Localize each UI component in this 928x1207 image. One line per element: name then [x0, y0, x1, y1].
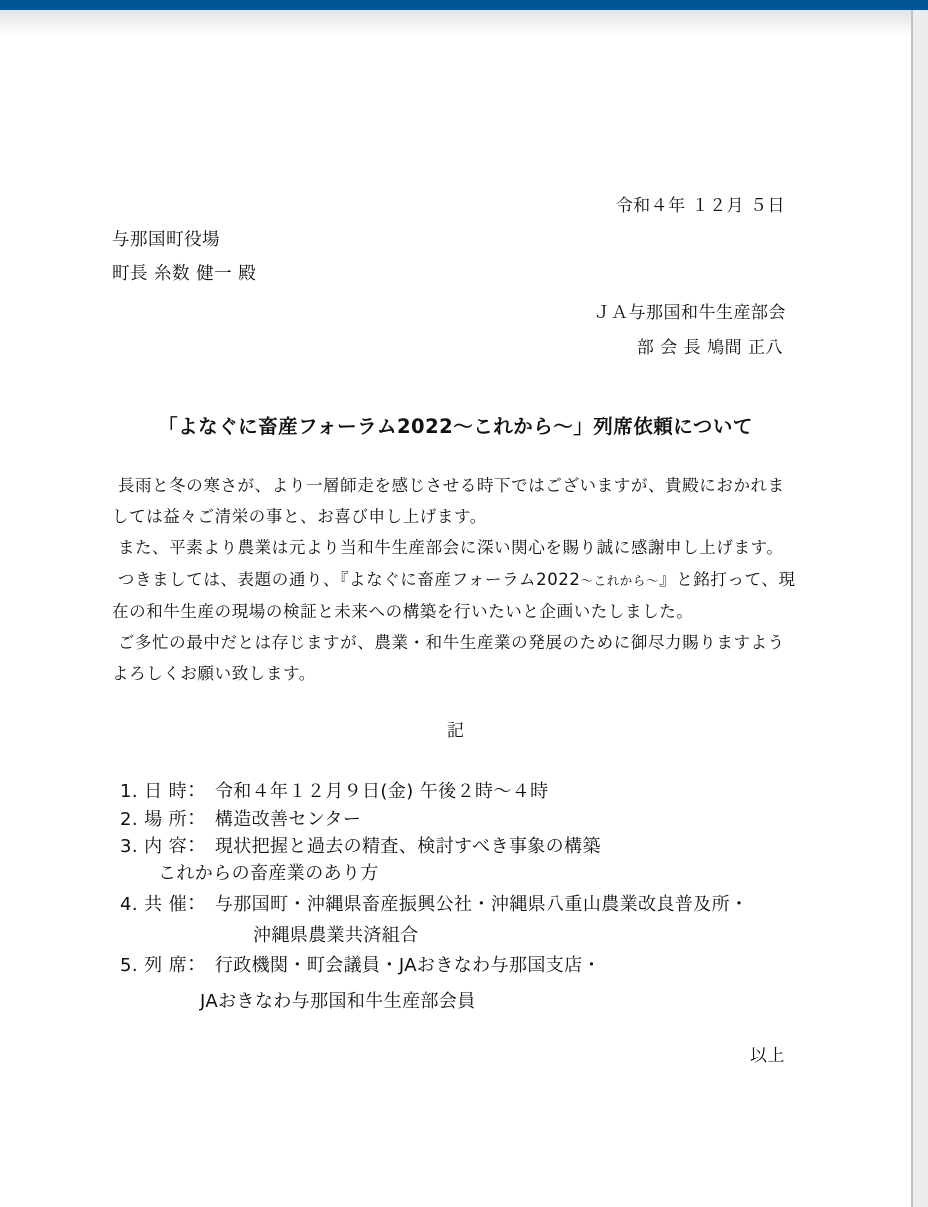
body-line-4-pre: つきましては、表題の通り、『よなぐに畜産フォーラム2022: [112, 570, 581, 589]
body-line-2: しては益々ご清栄の事と、お喜び申し上げます。: [112, 501, 832, 532]
scrollbar-track[interactable]: [911, 10, 928, 1207]
body-line-3: また、平素より農業は元より当和牛生産部会に深い関心を賜り誠に感謝申し上げます。: [112, 532, 832, 563]
top-shadow: [0, 10, 928, 36]
list-item-4-cont: 沖縄県農業共済組合: [253, 921, 419, 947]
list-item-3-cont: これからの畜産業のあり方: [158, 859, 379, 885]
closing-ijou: 以上: [750, 1041, 785, 1066]
list-item-1: 1. 日 時： 令和４年１２月９日(金) 午後２時～４時: [120, 777, 549, 803]
list-item-4: 4. 共 催： 与那国町・沖縄県畜産振興公社・沖縄県八重山農業改良普及所・: [120, 890, 748, 916]
sender-org: ＪＡ与那国和牛生産部会: [594, 298, 787, 323]
body-line-6: ご多忙の最中だとは存じますが、農業・和牛生産業の発展のために御尽力賜りますよう: [112, 627, 832, 658]
body-text: 長雨と冬の寒さが、より一層師走を感じさせる時下ではございますが、貴殿におかれま …: [112, 470, 832, 689]
sender-name: 部 会 長 鳩間 正八: [637, 333, 783, 358]
top-accent-bar: [0, 0, 928, 10]
list-item-3: 3. 内 容： 現状把握と過去の精査、検討すべき事象の構築: [120, 832, 601, 858]
list-item-2: 2. 場 所： 構造改善センター: [120, 805, 361, 831]
body-line-4-post: 』と銘打って、現: [659, 570, 795, 589]
document-viewer: 令和４年 １２月 ５日 与那国町役場 町長 糸数 健一 殿 ＪＡ与那国和牛生産部…: [0, 0, 928, 1207]
recipient-org: 与那国町役場: [112, 226, 220, 251]
doc-title: 「よなぐに畜産フォーラム2022～これから～」列席依頼について: [0, 411, 911, 439]
body-line-4-small: ～これから～: [581, 573, 660, 588]
list-item-5-cont: JAおきなわ与那国和牛生産部会員: [200, 987, 476, 1013]
doc-date: 令和４年 １２月 ５日: [616, 191, 785, 216]
body-line-1: 長雨と冬の寒さが、より一層師走を感じさせる時下ではございますが、貴殿におかれま: [112, 470, 832, 501]
body-line-5: 在の和牛生産の現場の検証と未来への構築を行いたいと企画いたしました。: [112, 596, 832, 627]
ki-heading: 記: [0, 716, 911, 741]
list-item-5: 5. 列 席： 行政機関・町会議員・JAおきなわ与那国支店・: [120, 951, 601, 977]
recipient-name: 町長 糸数 健一 殿: [112, 260, 256, 285]
body-line-4: つきましては、表題の通り、『よなぐに畜産フォーラム2022～これから～』と銘打っ…: [112, 564, 832, 596]
body-line-7: よろしくお願い致します。: [112, 658, 832, 689]
